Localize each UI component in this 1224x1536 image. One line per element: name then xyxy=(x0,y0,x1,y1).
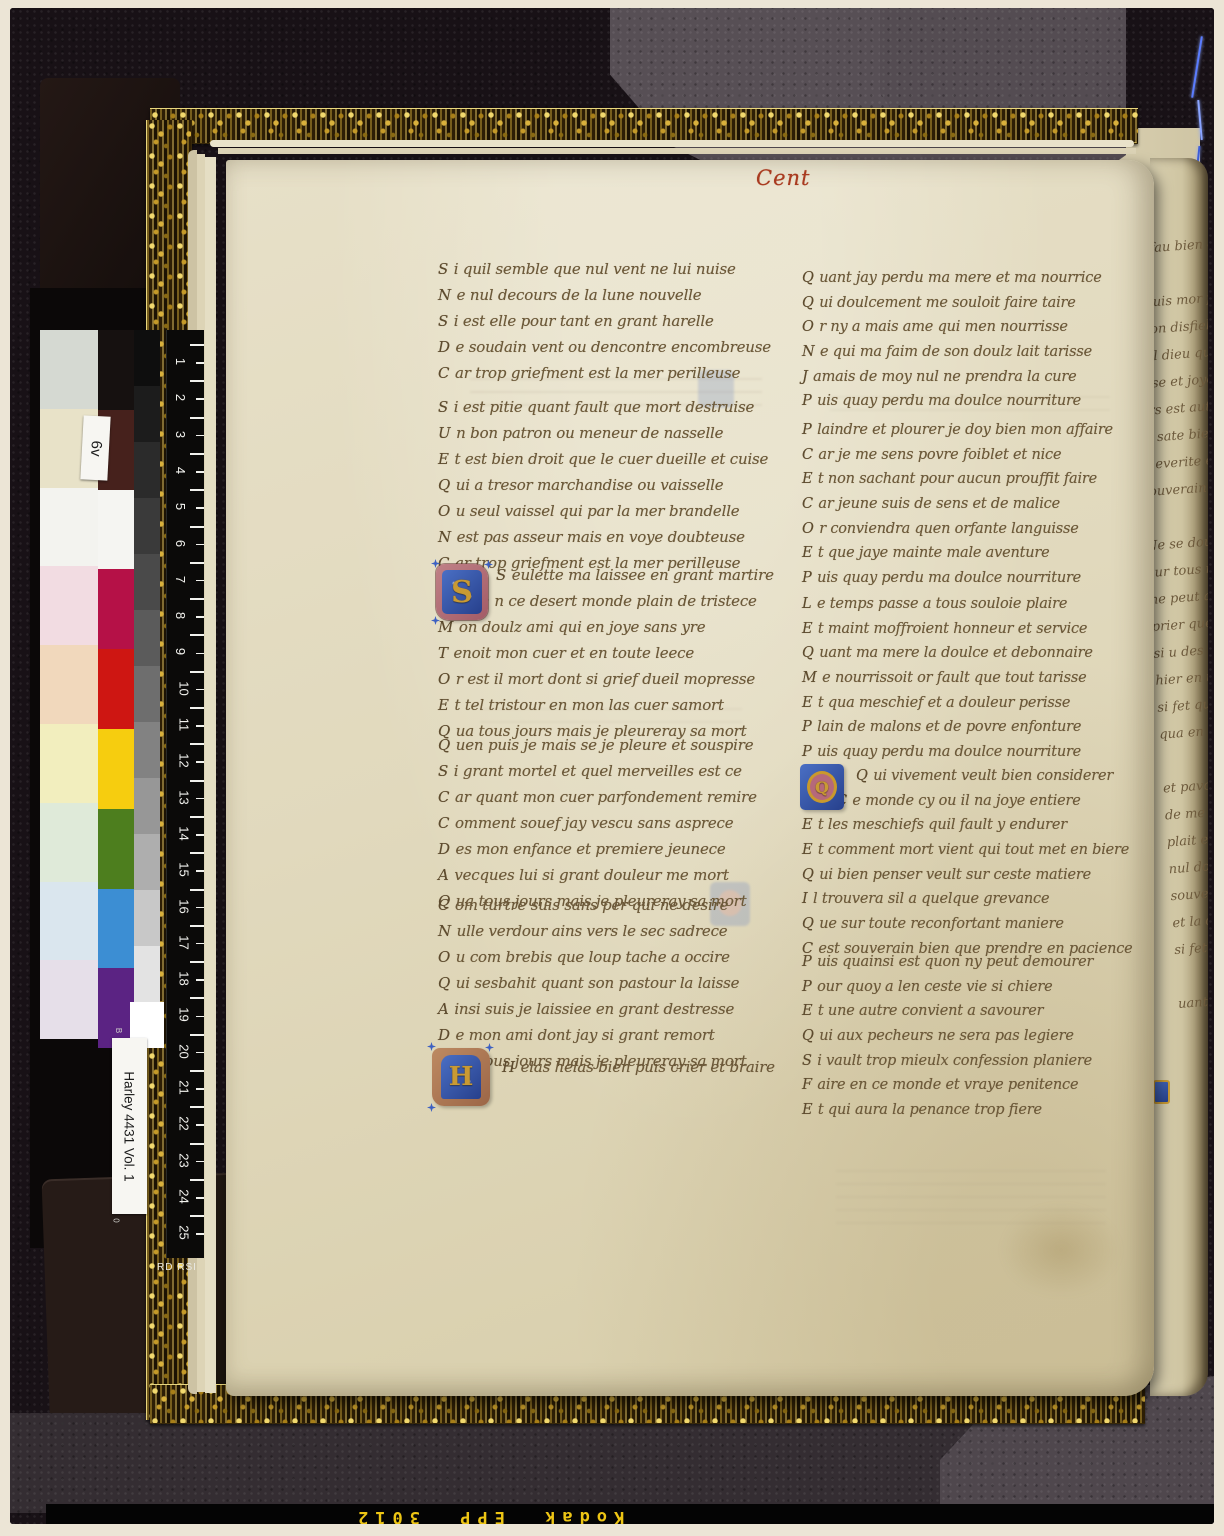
film-edge-strip: Kodak EPP 3012 xyxy=(46,1504,1214,1524)
color-patch xyxy=(134,498,160,554)
ruler-tick xyxy=(190,961,204,963)
text-line: Plain de malons et de povre enfonture xyxy=(802,719,1093,744)
text-line: Des mon enfance et premiere jeunece xyxy=(438,840,757,866)
ruler-tick xyxy=(190,562,204,564)
initial-letter: Q xyxy=(815,778,829,797)
text-line: Et que jaye mainte male aventure xyxy=(802,545,1113,570)
ruler: 1234567891011121314151617181920212223242… xyxy=(166,330,204,1258)
text-line: Or ny a mais ame qui men nourrisse xyxy=(802,319,1102,344)
text-line: Car quant mon cuer parfondement remire xyxy=(438,788,757,814)
ruler-minor-tick xyxy=(196,1088,204,1090)
text-line: Que sur toute reconfortant maniere xyxy=(802,916,1133,941)
ruler-minor-tick xyxy=(196,1197,204,1199)
text-line: Ou seul vaissel qui par la mer brandelle xyxy=(438,502,768,528)
text-line: Il trouvera sil a quelque grevance xyxy=(802,891,1133,916)
ruler-number: 22 xyxy=(177,1117,192,1131)
text-line: Jamais de moy nul ne prendra la cure xyxy=(802,369,1102,394)
text-line: Faire en ce monde et vraye penitence xyxy=(802,1077,1093,1102)
ruler-number: 17 xyxy=(177,935,192,949)
ruler-minor-tick xyxy=(196,653,204,655)
text-line: Puis quay perdu ma doulce nourriture xyxy=(802,393,1102,418)
film-brand-text: Kodak EPP 3012 xyxy=(351,1507,624,1524)
ruler-number: 23 xyxy=(177,1153,192,1167)
ruler-number: 12 xyxy=(177,754,192,768)
text-line: Et comment mort vient qui tout met en bi… xyxy=(802,842,1133,867)
text-line: Le temps passe a tous souloie plaire xyxy=(802,596,1093,621)
text-line: Quen puis je mais se je pleure et souspi… xyxy=(438,736,757,762)
ruler-tick xyxy=(190,852,204,854)
ruler-number: 4 xyxy=(173,467,188,474)
ruler-number: 2 xyxy=(173,394,188,401)
ruler-minor-tick xyxy=(196,689,204,691)
ruler-tick xyxy=(190,380,204,382)
slip-edge-mark-b: B xyxy=(114,1028,123,1033)
stanza: Quant jay perdu ma mere et ma nourriceQu… xyxy=(802,270,1102,418)
ruler-minor-tick xyxy=(196,507,204,509)
ruler-minor-tick xyxy=(196,1124,204,1126)
ruler-minor-tick xyxy=(196,544,204,546)
ruler-minor-tick xyxy=(196,870,204,872)
color-patch xyxy=(134,442,160,498)
color-patch xyxy=(40,566,98,645)
ruler-tick xyxy=(190,743,204,745)
text-line: Puis quay perdu ma doulce nourriture xyxy=(802,744,1093,769)
ruler-tick xyxy=(190,816,204,818)
text-line: Ainsi suis je laissiee en grant destress… xyxy=(438,1000,746,1026)
color-patch xyxy=(134,890,160,946)
text-line: Et qua meschief et a douleur perisse xyxy=(802,695,1093,720)
ruler-number: 15 xyxy=(177,862,192,876)
ruler-number: 18 xyxy=(177,971,192,985)
text-line: Qui a tresor marchandise ou vaisselle xyxy=(438,476,768,502)
text-line: Et les meschiefs quil fault y endurer xyxy=(802,817,1133,842)
text-line: Plaindre et plourer je doy bien mon affa… xyxy=(802,422,1113,447)
text-line: Qui vivement veult bien considerer xyxy=(802,768,1133,793)
text-line: Si est elle pour tant en grant harelle xyxy=(438,312,771,338)
text-line: Et une autre convient a savourer xyxy=(802,1003,1093,1028)
text-line: Ne qui ma faim de son doulz lait tarisse xyxy=(802,344,1102,369)
ruler-minor-tick xyxy=(196,1233,204,1235)
initial-letter: S xyxy=(451,575,473,610)
text-line: Un bon patron ou meneur de nasselle xyxy=(438,424,768,450)
ruler-minor-tick xyxy=(196,435,204,437)
text-line: Qui aux pecheurs ne sera pas legiere xyxy=(802,1028,1093,1053)
folio-number-slip: 6v xyxy=(80,415,110,480)
color-patch xyxy=(134,330,160,386)
ruler-number: 9 xyxy=(173,648,188,655)
ruler-minor-tick xyxy=(196,761,204,763)
ruler-tick xyxy=(190,1034,204,1036)
stanza: Puis quainsi est quon ny peut demourerPo… xyxy=(802,954,1093,1127)
color-patch xyxy=(134,946,160,1002)
text-line: en ce desert monde plain de tristece xyxy=(438,592,774,618)
ruler-tick xyxy=(190,671,204,673)
ruler-number: 8 xyxy=(173,612,188,619)
text-line: Si vault trop mieulx confession planiere xyxy=(802,1053,1093,1078)
ruler-minor-tick xyxy=(196,398,204,400)
color-chart-grayscale-column xyxy=(134,330,160,1050)
text-line: Et est bien droit que le cuer dueille et… xyxy=(438,450,768,476)
ruler-tick xyxy=(190,780,204,782)
ruler-minor-tick xyxy=(196,580,204,582)
ruler-tick xyxy=(190,707,204,709)
gilt-edge-top xyxy=(150,108,1138,144)
ruler-minor-tick xyxy=(196,979,204,981)
color-patch xyxy=(40,330,98,409)
color-patch xyxy=(40,724,98,803)
ruler-tick xyxy=(190,889,204,891)
ruler-minor-tick xyxy=(196,725,204,727)
folio-number: 6v xyxy=(87,440,105,457)
text-line: Qui bien penser veult sur ceste matiere xyxy=(802,867,1133,892)
text-line: Qui sesbahit quant son pastour la laisse xyxy=(438,974,746,1000)
text-line: Et maint moffroient honneur et service xyxy=(802,621,1093,646)
recto-clipped-text: me fau bien oJe suis mor fosi lon disfie… xyxy=(1150,231,1208,1024)
stanza: Plaindre et plourer je doy bien mon affa… xyxy=(802,422,1113,595)
text-line: Ne nul decours de la lune nouvelle xyxy=(438,286,771,312)
ruler-minor-tick xyxy=(196,471,204,473)
ruler-tick xyxy=(190,453,204,455)
ruler-number: 19 xyxy=(177,1008,192,1022)
illuminated-initial-q: Q xyxy=(800,764,844,810)
ruler-number: 16 xyxy=(177,899,192,913)
recto-leaf-edge: me fau bien oJe suis mor fosi lon disfie… xyxy=(1150,158,1208,1396)
ruler-number: 6 xyxy=(173,539,188,546)
text-line: Si grant mortel et quel merveilles est c… xyxy=(438,762,757,788)
ruler-minor-tick xyxy=(196,1016,204,1018)
text-line: Me nourrissoit or fault que tout tarisse xyxy=(802,670,1093,695)
text-line: Et tel tristour en mon las cuer samort xyxy=(438,696,774,722)
text-line: Si est pitie quant fault que mort destru… xyxy=(438,398,768,424)
ruler-tick xyxy=(190,1070,204,1072)
ruler-tick xyxy=(190,1106,204,1108)
text-line: Nulle verdour ains vers le sec sadrece xyxy=(438,922,746,948)
ruler-tick xyxy=(190,634,204,636)
ruler-tick xyxy=(190,417,204,419)
ruler-minor-tick xyxy=(196,1052,204,1054)
illuminated-initial-s: S xyxy=(436,564,488,620)
manuscript-photograph: me fau bien oJe suis mor fosi lon disfie… xyxy=(0,0,1224,1536)
ruler-number: 5 xyxy=(173,503,188,510)
ruler-number: 13 xyxy=(177,790,192,804)
ruler-footer: RD RSI xyxy=(157,1262,217,1273)
ruler-number: 11 xyxy=(176,718,191,732)
ruler-minor-tick xyxy=(196,907,204,909)
text-line: Car trop griefment est la mer perilleuse xyxy=(438,364,771,390)
leaf-edges-top xyxy=(218,148,1136,154)
text-line: Or conviendra quen orfante languisse xyxy=(802,521,1113,546)
color-patch xyxy=(134,722,160,778)
text-line: Et non sachant pour aucun prouffit faire xyxy=(802,471,1113,496)
ruler-number: 10 xyxy=(177,681,192,695)
color-patch xyxy=(40,960,98,1039)
ruler-minor-tick xyxy=(196,798,204,800)
ruler-number: 3 xyxy=(173,430,188,437)
stanza: Si quil semble que nul vent ne lui nuise… xyxy=(438,260,771,390)
ruler-number: 24 xyxy=(177,1189,192,1203)
text-line: Si quil semble que nul vent ne lui nuise xyxy=(438,260,771,286)
text-line: De mon ami dont jay si grant remort xyxy=(438,1026,746,1052)
ruler-number: 20 xyxy=(177,1044,192,1058)
text-line: Quant jay perdu ma mere et ma nourrice xyxy=(802,270,1102,295)
photo-black-field: me fau bien oJe suis mor fosi lon disfie… xyxy=(10,8,1214,1524)
ruler-number: 1 xyxy=(173,358,188,365)
ruler-minor-tick xyxy=(196,362,204,364)
text-line: Com turtre suis sans per qui ne desire xyxy=(438,896,746,922)
stanza: Qui vivement veult bien considererCe mon… xyxy=(802,768,1133,966)
text-line: Comment souef jay vescu sans asprece xyxy=(438,814,757,840)
stanza: Si est pitie quant fault que mort destru… xyxy=(438,398,768,580)
ruler-tick xyxy=(190,997,204,999)
text-line: Tenoit mon cuer et en toute leece xyxy=(438,644,774,670)
text-line: Ou com brebis que loup tache a occire xyxy=(438,948,746,974)
illuminated-initial-h: H xyxy=(432,1048,490,1106)
color-patch xyxy=(40,488,98,567)
text-line: Puis quainsi est quon ny peut demourer xyxy=(802,954,1093,979)
ruler-tick xyxy=(190,1215,204,1217)
color-patch xyxy=(40,882,98,961)
text-line: Pour quoy a len ceste vie si chiere xyxy=(802,979,1093,1004)
color-patch xyxy=(40,803,98,882)
ruler-minor-tick xyxy=(196,834,204,836)
ruler-tick xyxy=(190,1143,204,1145)
text-line: De soudain vent ou dencontre encombreuse xyxy=(438,338,771,364)
color-patch xyxy=(134,778,160,834)
text-line: Avecques lui si grant douleur me mort xyxy=(438,866,757,892)
shelfmark-text: Harley 4431 Vol. 1 xyxy=(122,1071,137,1181)
ruler-tick xyxy=(190,526,204,528)
text-line: Seulette ma laissee en grant martire xyxy=(438,566,774,592)
ruler-number: 14 xyxy=(177,826,192,840)
text-line: Et qui aura la penance trop fiere xyxy=(802,1102,1093,1127)
text-line: Quant ma mere la doulce et debonnaire xyxy=(802,645,1093,670)
ruler-minor-tick xyxy=(196,1161,204,1163)
ruler-number: 21 xyxy=(177,1080,192,1094)
text-line: Car jeune suis de sens et de malice xyxy=(802,496,1113,521)
ruler-minor-tick xyxy=(196,943,204,945)
ruler-number: 7 xyxy=(173,576,188,583)
text-line: Mon doulz ami qui en joye sans yre xyxy=(438,618,774,644)
text-column-left: Si quil semble que nul vent ne lui nuise… xyxy=(438,160,782,1396)
ruler-minor-tick xyxy=(196,616,204,618)
ruler-tick xyxy=(190,489,204,491)
text-line: Car je me sens povre foiblet et nice xyxy=(802,447,1113,472)
color-patch xyxy=(134,610,160,666)
color-patch xyxy=(134,554,160,610)
stanza: Le temps passe a tous souloie plaireEt m… xyxy=(802,596,1093,769)
color-patch xyxy=(134,834,160,890)
shelfmark-slip: Harley 4431 Vol. 1 xyxy=(112,1038,147,1214)
stanza: Seulette ma laissee en grant martireen c… xyxy=(438,566,774,748)
ruler-tick xyxy=(190,925,204,927)
color-patch xyxy=(134,386,160,442)
slip-edge-mark-0: 0 xyxy=(112,1218,121,1222)
ruler-tick xyxy=(190,598,204,600)
initial-letter: H xyxy=(449,1062,474,1092)
stanza: Quen puis je mais se je pleure et souspi… xyxy=(438,736,757,918)
text-line: Or est il mort dont si grief dueil mopre… xyxy=(438,670,774,696)
color-patch xyxy=(40,645,98,724)
text-line: Qui doulcement me souloit faire taire xyxy=(802,295,1102,320)
text-line: Nest pas asseur mais en voye doubteuse xyxy=(438,528,768,554)
recto-illuminated-initial xyxy=(1153,1080,1170,1104)
color-patch xyxy=(134,666,160,722)
leaf-edges-top xyxy=(210,140,1134,147)
ruler-tick xyxy=(190,1179,204,1181)
leaf-edges-left xyxy=(205,157,216,1393)
verso-page: Cent Si quil semble que nul vent ne lui … xyxy=(226,160,1154,1396)
text-line: Puis quay perdu ma doulce nourriture xyxy=(802,570,1113,595)
text-column-right: Quant jay perdu ma mere et ma nourriceQu… xyxy=(802,160,1146,1396)
ruler-tick xyxy=(190,344,204,346)
text-line: Ce monde cy ou il na joye entiere xyxy=(802,793,1133,818)
ruler-number: 25 xyxy=(177,1225,192,1239)
